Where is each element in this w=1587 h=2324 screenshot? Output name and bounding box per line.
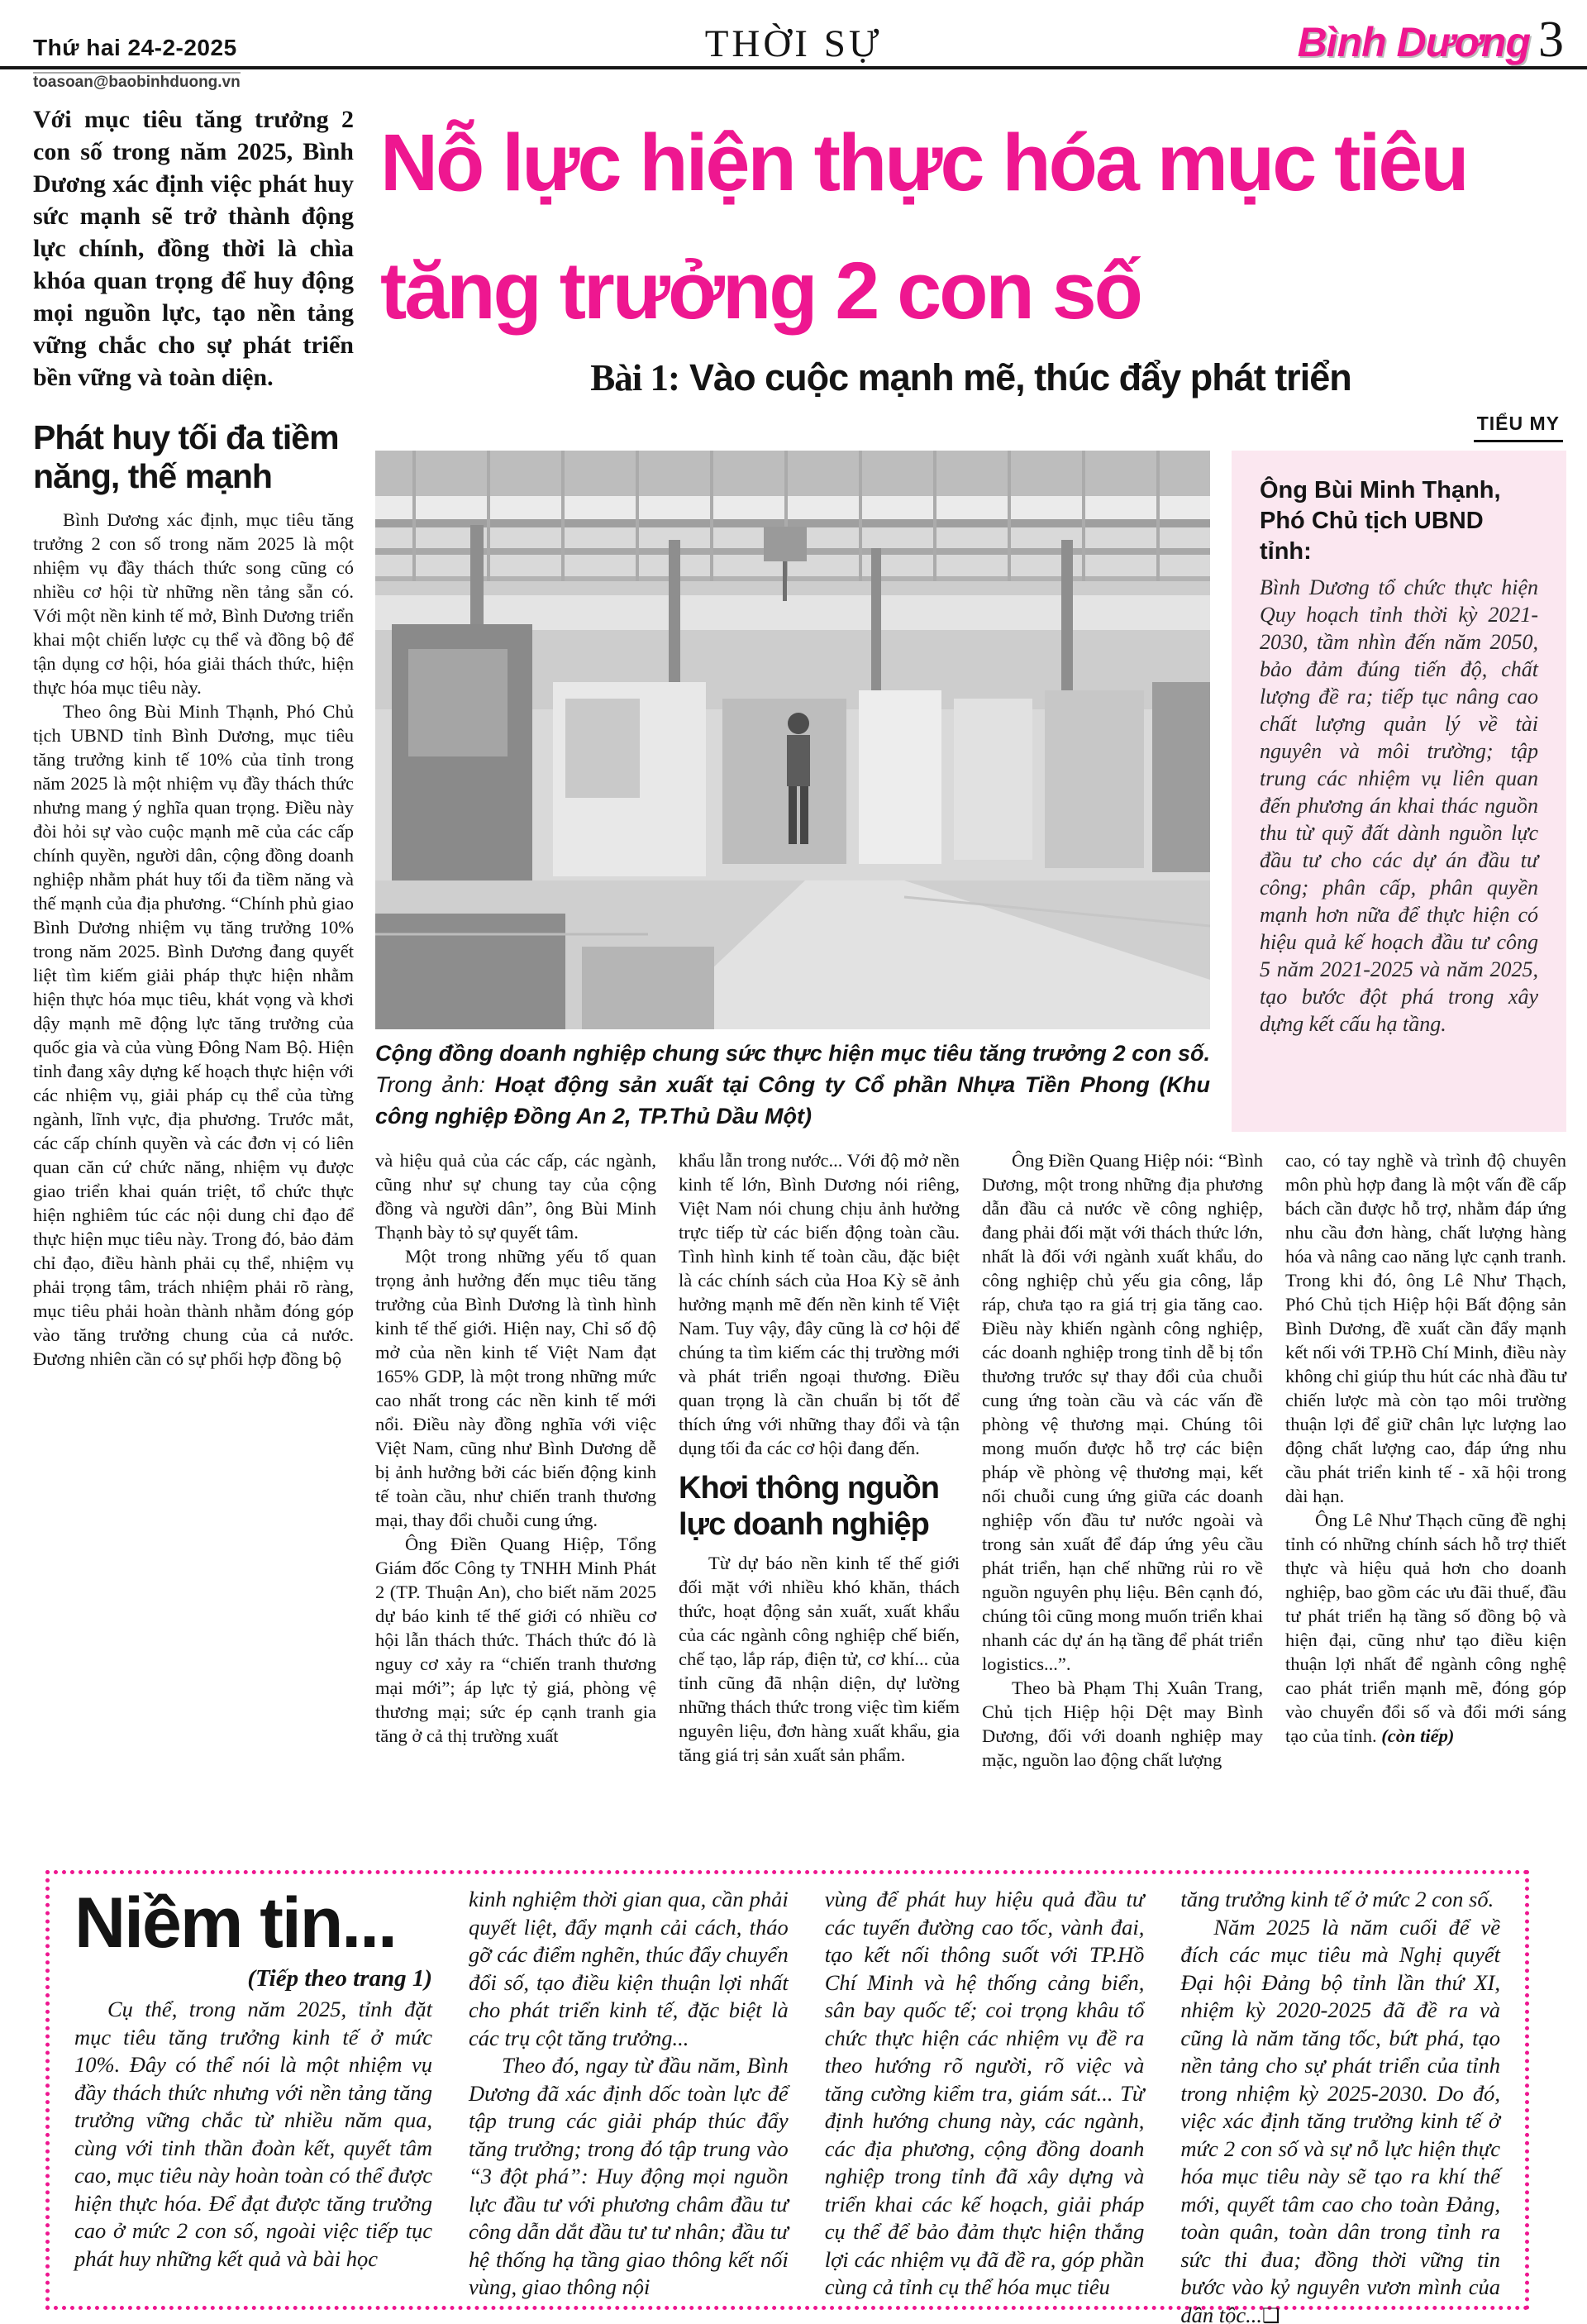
article-paragraph: vùng để phát huy hiệu quả đầu tư các tuy… bbox=[825, 1886, 1145, 2302]
subhead-label: Bài 1: bbox=[590, 357, 679, 398]
masthead-brand: Bình Dương3 bbox=[1298, 11, 1564, 69]
official-quote-box: Ông Bùi Minh Thạnh, Phó Chủ tịch UBND tỉ… bbox=[1232, 451, 1566, 1132]
article-main: Với mục tiêu tăng trưởng 2 con số trong … bbox=[0, 92, 1587, 1861]
quote-text: Bình Dương tổ chức thực hiện Quy hoạch t… bbox=[1260, 574, 1538, 1038]
caption-detail: Hoạt động sản xuất tại Công ty Cổ phần N… bbox=[375, 1072, 1210, 1129]
article-photo bbox=[375, 451, 1210, 1029]
article-paragraph: Năm 2025 là năm cuối để về đích các mục … bbox=[1180, 1914, 1500, 2324]
article-paragraph: Theo bà Phạm Thị Xuân Trang, Chủ tịch Hi… bbox=[982, 1676, 1263, 1772]
article-paragraph: Cụ thể, trong năm 2025, tỉnh đặt mục tiê… bbox=[74, 1996, 432, 2273]
continued-article-box: Niềm tin... (Tiếp theo trang 1) Cụ thể, … bbox=[45, 1870, 1529, 2310]
continued-from-label: (Tiếp theo trang 1) bbox=[74, 1965, 432, 1992]
bottom-column-2: kinh nghiệm thời gian qua, cần phải quyế… bbox=[469, 1886, 789, 2298]
section-title: THỜI SỰ bbox=[705, 21, 883, 66]
caption-main: Cộng đồng doanh nghiệp chung sức thực hi… bbox=[375, 1041, 1210, 1066]
to-be-continued-label: (còn tiếp) bbox=[1381, 1725, 1454, 1746]
subhead-text: Vào cuộc mạnh mẽ, thúc đẩy phát triển bbox=[689, 356, 1351, 398]
body-column-4: Ông Điền Quang Hiệp nói: “Bình Dương, mộ… bbox=[982, 1148, 1263, 1772]
article-left-column: Với mục tiêu tăng trưởng 2 con số trong … bbox=[33, 98, 354, 1861]
continued-article-title: Niềm tin... bbox=[74, 1886, 432, 1960]
article-paragraph: Bình Dương xác định, mục tiêu tăng trưởn… bbox=[33, 508, 354, 699]
body-column-5: cao, có tay nghề và trình độ chuyên môn … bbox=[1285, 1148, 1566, 1772]
article-headline: Nỗ lực hiện thực hóa mục tiêu tăng trưởn… bbox=[380, 98, 1566, 355]
article-paragraph-text: Ông Lê Như Thạch cũng đề nghị tỉnh có nh… bbox=[1285, 1510, 1566, 1746]
article-paragraph: kinh nghiệm thời gian qua, cần phải quyế… bbox=[469, 1886, 789, 2052]
article-paragraph: Theo ông Bùi Minh Thạnh, Phó Chủ tịch UB… bbox=[33, 699, 354, 1371]
contact-email: toasoan@baobinhduong.vn bbox=[33, 72, 241, 92]
article-paragraph: Từ dự báo nền kinh tế thế giới đối mặt v… bbox=[679, 1551, 960, 1767]
body-column-3: khẩu lẫn trong nước... Với độ mở nền kin… bbox=[679, 1148, 960, 1772]
newspaper-page: Thứ hai 24-2-2025 THỜI SỰ Bình Dương3 to… bbox=[0, 0, 1587, 2324]
issue-date: Thứ hai 24-2-2025 bbox=[33, 35, 237, 61]
newspaper-logo: Bình Dương bbox=[1298, 19, 1530, 65]
photo-caption: Cộng đồng doanh nghiệp chung sức thực hi… bbox=[375, 1038, 1210, 1132]
article-right-area: Nỗ lực hiện thực hóa mục tiêu tăng trưởn… bbox=[375, 98, 1566, 1861]
byline-row: TIỂU MY bbox=[375, 413, 1563, 442]
body-columns: và hiệu quả của các cấp, các ngành, cũng… bbox=[375, 1148, 1566, 1772]
article-paragraph-text: Năm 2025 là năm cuối để về đích các mục … bbox=[1180, 1915, 1500, 2324]
bottom-column-3: vùng để phát huy hiệu quả đầu tư các tuy… bbox=[825, 1886, 1145, 2298]
end-of-article-icon: ❑ bbox=[1262, 2306, 1280, 2324]
section-heading-1: Phát huy tối đa tiềm năng, thế mạnh bbox=[33, 418, 354, 496]
page-number: 3 bbox=[1538, 12, 1564, 68]
article-figure: Cộng đồng doanh nghiệp chung sức thực hi… bbox=[375, 451, 1210, 1132]
article-paragraph: và hiệu quả của các cấp, các ngành, cũng… bbox=[375, 1148, 656, 1244]
article-paragraph: Ông Lê Như Thạch cũng đề nghị tỉnh có nh… bbox=[1285, 1508, 1566, 1748]
page-header: Thứ hai 24-2-2025 THỜI SỰ Bình Dương3 bbox=[0, 0, 1587, 66]
section-heading-2: Khơi thông nguồn lực doanh nghiệp bbox=[679, 1470, 960, 1543]
article-paragraph: Ông Điền Quang Hiệp nói: “Bình Dương, mộ… bbox=[982, 1148, 1263, 1676]
article-subhead: Bài 1:Vào cuộc mạnh mẽ, thúc đẩy phát tr… bbox=[375, 356, 1566, 399]
article-paragraph: khẩu lẫn trong nước... Với độ mở nền kin… bbox=[679, 1148, 960, 1460]
quote-speaker: Ông Bùi Minh Thạnh, Phó Chủ tịch UBND tỉ… bbox=[1260, 475, 1538, 567]
article-intro: Với mục tiêu tăng trưởng 2 con số trong … bbox=[33, 103, 354, 394]
article-paragraph: Ông Điền Quang Hiệp, Tổng Giám đốc Công … bbox=[375, 1532, 656, 1748]
article-paragraph: Một trong những yếu tố quan trọng ảnh hư… bbox=[375, 1244, 656, 1532]
article-paragraph: tăng trưởng kinh tế ở mức 2 con số. bbox=[1180, 1886, 1500, 1914]
article-paragraph: Theo đó, ngay từ đầu năm, Bình Dương đã … bbox=[469, 2052, 789, 2302]
caption-label: Trong ảnh: bbox=[375, 1072, 485, 1097]
article-paragraph: cao, có tay nghề và trình độ chuyên môn … bbox=[1285, 1148, 1566, 1508]
body-column-2: và hiệu quả của các cấp, các ngành, cũng… bbox=[375, 1148, 656, 1772]
media-row: Cộng đồng doanh nghiệp chung sức thực hi… bbox=[375, 451, 1566, 1132]
bottom-column-4: tăng trưởng kinh tế ở mức 2 con số. Năm … bbox=[1180, 1886, 1500, 2298]
byline: TIỂU MY bbox=[1474, 413, 1563, 442]
bottom-column-1: Niềm tin... (Tiếp theo trang 1) Cụ thể, … bbox=[74, 1886, 432, 2298]
